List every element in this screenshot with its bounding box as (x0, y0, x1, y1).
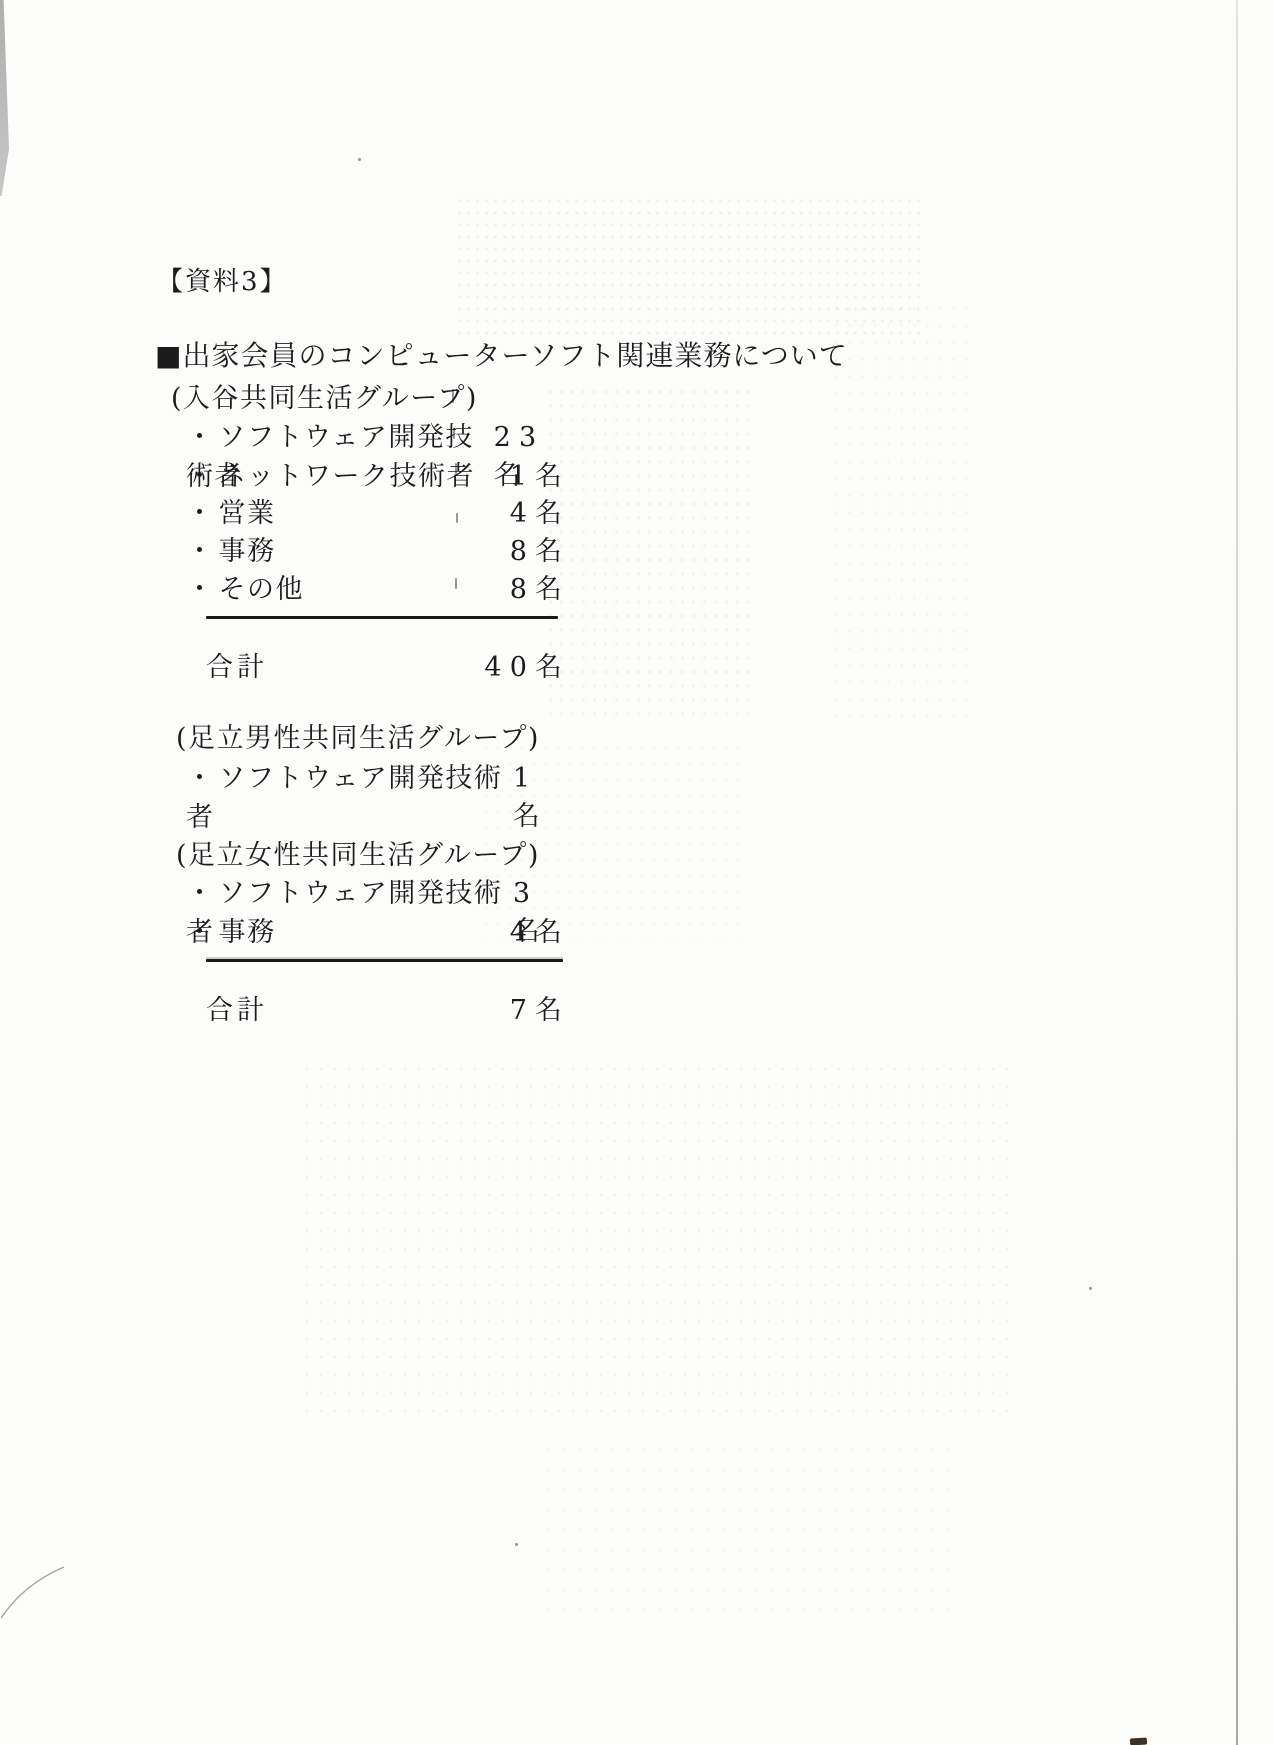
bullet-dot-icon: ・ (186, 756, 215, 795)
bullet-dot-icon: ・ (186, 910, 215, 949)
scanned-document-page: 【資料3】 ■出家会員のコンピューターソフト関連業務について (入谷共同生活グル… (0, 0, 1273, 1745)
scan-corner-shadow (0, 0, 9, 196)
total-rule (206, 959, 563, 962)
group-3-name: (足立女性共同生活グループ) (176, 833, 540, 872)
total-rule (206, 616, 558, 619)
row-value: 8名 (510, 529, 570, 568)
row-label: その他 (219, 574, 305, 605)
doc-heading: ■出家会員のコンピューターソフト関連業務について (155, 334, 848, 374)
scan-smudge (1130, 1738, 1147, 1745)
total-value: 7名 (510, 988, 570, 1027)
bullet-dot-icon: ・ (186, 567, 215, 606)
row-value: 1名 (510, 454, 570, 493)
bullet-dot-icon: ・ (186, 871, 215, 910)
bullet-dot-icon: ・ (186, 529, 215, 568)
row-label: 事務 (219, 917, 276, 948)
total-row: 合計 40名 (206, 645, 562, 684)
row-label: 事務 (219, 536, 276, 567)
row-value: 1名 (513, 763, 570, 833)
table-row: ・営業 4名 (186, 491, 562, 530)
toner-noise (455, 195, 925, 335)
table-row: ・ネットワーク技術者 1名 (186, 454, 562, 493)
row-value: 4名 (510, 910, 570, 949)
dust-spot (515, 1543, 518, 1546)
dust-spot (358, 158, 361, 161)
group-1-name: (入谷共同生活グループ) (171, 376, 478, 415)
row-label: ソフトウェア開発技術者 (186, 763, 502, 833)
table-row: ・事務 4名 (186, 910, 562, 949)
row-value: 8名 (510, 567, 570, 606)
group-2-name: (足立男性共同生活グループ) (176, 716, 540, 755)
total-label: 合計 (206, 988, 268, 1027)
total-row: 合計 7名 (206, 988, 562, 1027)
total-value: 40名 (484, 645, 570, 684)
toner-noise (300, 1060, 1020, 1420)
toner-noise (545, 385, 755, 715)
table-row: ・事務 8名 (186, 529, 562, 568)
page-curl-line (0, 1558, 72, 1622)
row-label: 営業 (219, 498, 276, 529)
table-row: ・ソフトウェア開発技術者 1名 (186, 756, 562, 834)
total-label: 合計 (206, 645, 268, 684)
row-label: ネットワーク技術者 (219, 461, 476, 492)
dust-spot (1089, 1287, 1092, 1290)
bullet-dot-icon: ・ (186, 415, 215, 454)
toner-noise (540, 1440, 960, 1620)
bullet-dot-icon: ・ (186, 491, 215, 530)
doc-label: 【資料3】 (157, 261, 288, 298)
bullet-dot-icon: ・ (186, 454, 215, 493)
row-value: 4名 (510, 491, 570, 530)
table-row: ・その他 8名 (186, 567, 562, 606)
paper-edge-line (1236, 0, 1238, 1745)
toner-noise (830, 300, 970, 720)
